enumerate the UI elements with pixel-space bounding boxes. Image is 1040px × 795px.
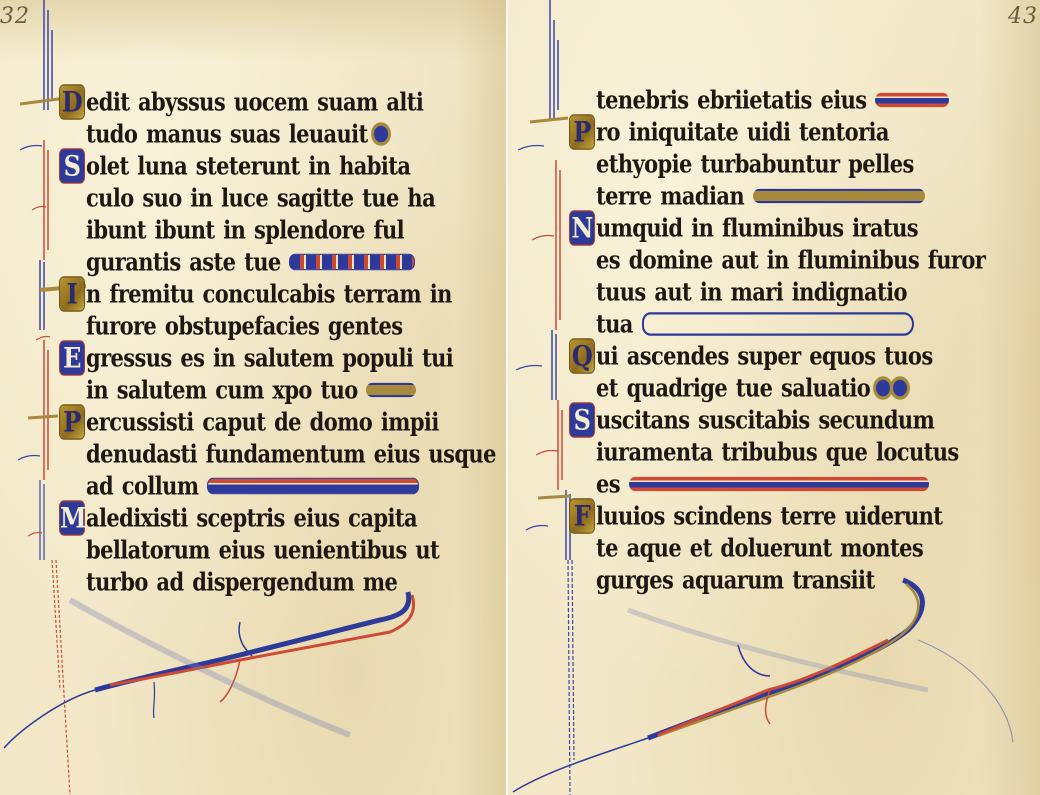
illuminated-initial: S bbox=[60, 149, 84, 182]
illuminated-initial: P bbox=[570, 115, 594, 148]
illuminated-initial: F bbox=[570, 499, 594, 532]
water-stain bbox=[0, 0, 506, 60]
illuminated-initial: M bbox=[60, 501, 84, 534]
line-filler-gold-scroll bbox=[366, 382, 416, 396]
line-filler-scroll bbox=[875, 92, 949, 106]
illuminated-initial: Q bbox=[570, 339, 594, 372]
line-filler-red-blue bbox=[629, 476, 929, 490]
illuminated-initial: P bbox=[60, 405, 84, 438]
left-folio: 32 bbox=[0, 0, 506, 795]
line-filler-red-blue bbox=[289, 253, 415, 270]
page-edge-shading bbox=[456, 0, 506, 795]
illuminated-initial: N bbox=[570, 211, 594, 244]
illuminated-initial: E bbox=[60, 341, 84, 374]
illuminated-initial: D bbox=[60, 85, 84, 118]
folio-number: 32 bbox=[0, 4, 30, 29]
manuscript-spread: 32 bbox=[0, 0, 1040, 795]
right-folio: 43 tenebris ebriietatis bbox=[508, 0, 1040, 795]
page-edge-shading bbox=[980, 0, 1040, 795]
left-text-block: Dedit abyssus uocem suam alti tudo manus… bbox=[60, 86, 440, 598]
right-text-block: tenebris ebriietatis eius Pro iniquitate… bbox=[570, 84, 950, 596]
illuminated-initial: I bbox=[60, 277, 84, 310]
text-line: gurges aquarum transiit bbox=[570, 561, 950, 599]
line-filler-zigzag bbox=[207, 477, 419, 494]
text-line: turbo ad dispergendum me bbox=[60, 563, 440, 601]
line-filler-gold-bar bbox=[753, 188, 925, 202]
grotesque-creature-filler bbox=[642, 312, 914, 336]
illuminated-initial: S bbox=[570, 403, 594, 436]
folio-number: 43 bbox=[1008, 4, 1038, 29]
